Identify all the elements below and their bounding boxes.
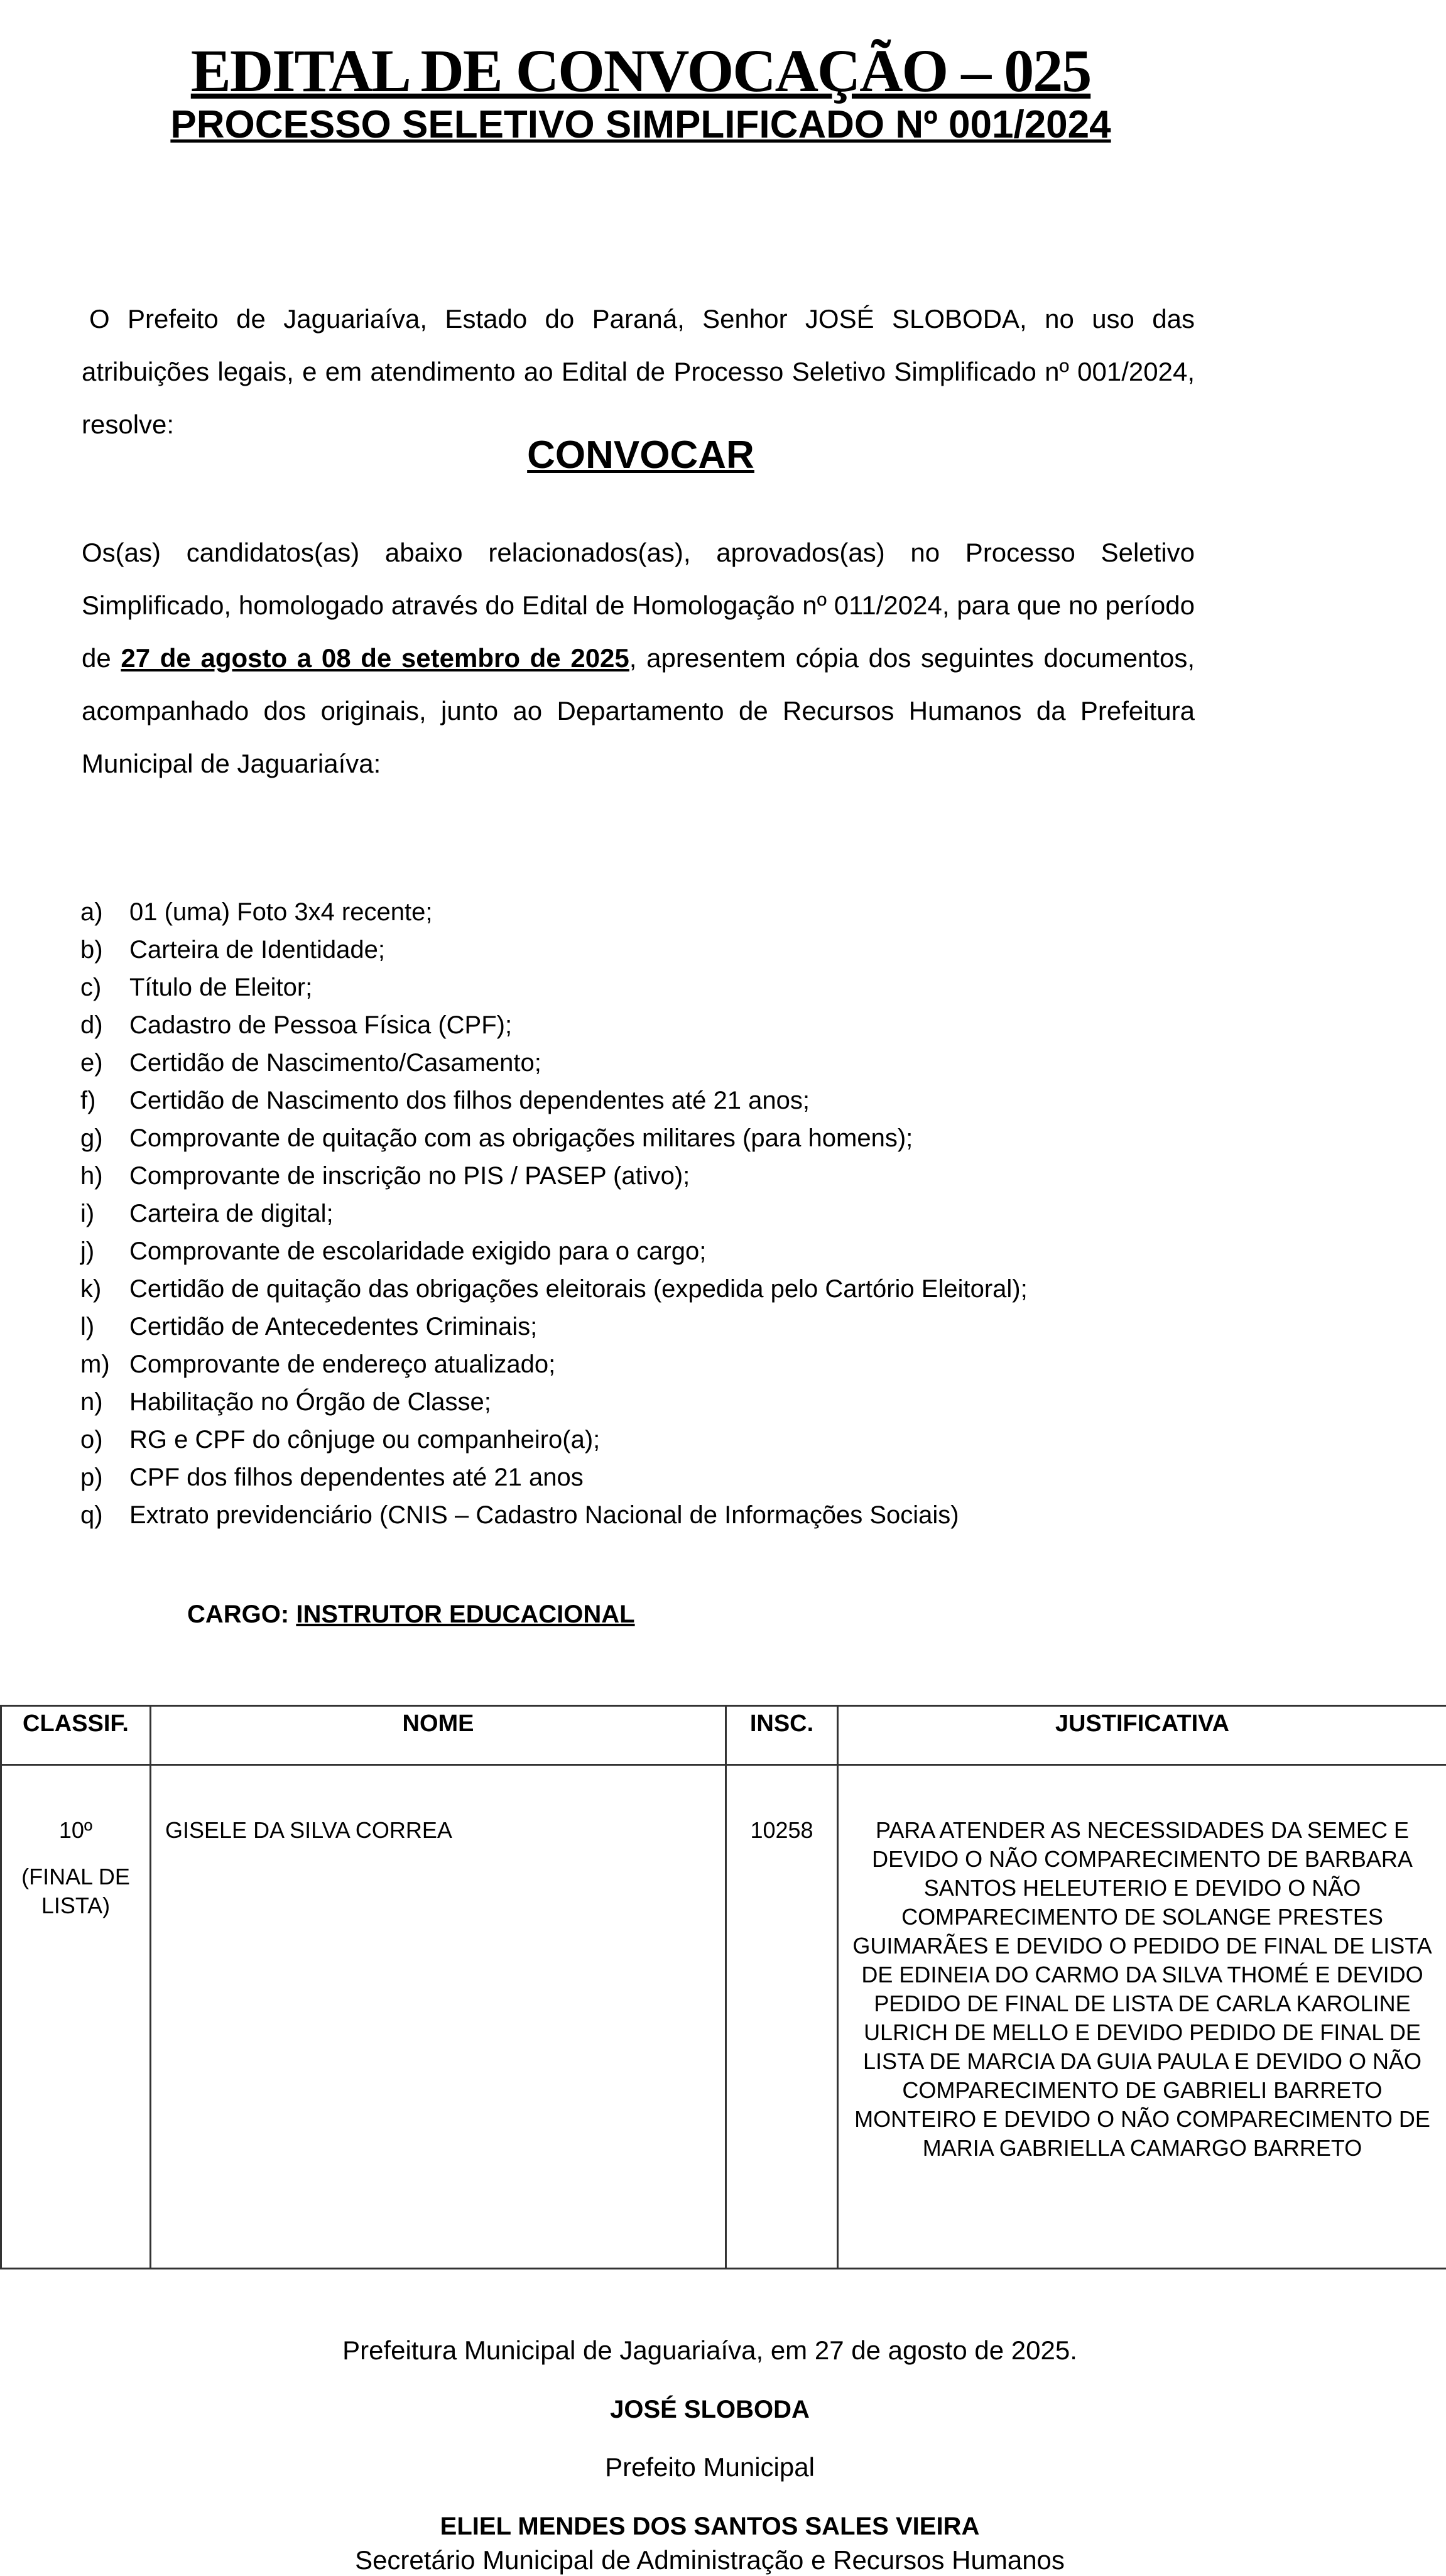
document-item: a)01 (uma) Foto 3x4 recente; xyxy=(80,893,1028,931)
period-highlight: 27 de agosto a 08 de setembro de 2025 xyxy=(121,643,629,673)
position-line: CARGO: INSTRUTOR EDUCACIONAL xyxy=(187,1595,635,1633)
document-item: c)Título de Eleitor; xyxy=(80,969,1028,1006)
classif-rank: 10º xyxy=(59,1817,92,1843)
document-item: k)Certidão de quitação das obrigações el… xyxy=(80,1270,1028,1308)
document-item-letter: l) xyxy=(80,1308,129,1345)
document-item: o)RG e CPF do cônjuge ou companheiro(a); xyxy=(80,1421,1028,1459)
header-nome: NOME xyxy=(151,1706,726,1765)
mayor-role: Prefeito Municipal xyxy=(82,2448,1338,2486)
document-item-text: CPF dos filhos dependentes até 21 anos xyxy=(129,1459,584,1496)
header-justificativa: JUSTIFICATIVA xyxy=(838,1706,1446,1765)
document-item-text: Extrato previdenciário (CNIS – Cadastro … xyxy=(129,1496,959,1534)
document-item: b)Carteira de Identidade; xyxy=(80,931,1028,969)
action-heading: CONVOCAR xyxy=(0,427,1281,484)
document-item-letter: o) xyxy=(80,1421,129,1459)
document-item-letter: n) xyxy=(80,1383,129,1421)
document-item: p)CPF dos filhos dependentes até 21 anos xyxy=(80,1459,1028,1496)
cell-classif: 10º(FINAL DE LISTA) xyxy=(1,1765,151,2269)
document-item-letter: a) xyxy=(80,893,129,931)
document-item: n)Habilitação no Órgão de Classe; xyxy=(80,1383,1028,1421)
document-item: j)Comprovante de escolaridade exigido pa… xyxy=(80,1232,1028,1270)
document-item: m)Comprovante de endereço atualizado; xyxy=(80,1345,1028,1383)
document-title: EDITAL DE CONVOCAÇÃO – 025 xyxy=(0,36,1281,106)
document-item: e)Certidão de Nascimento/Casamento; xyxy=(80,1044,1028,1082)
document-item: h)Comprovante de inscrição no PIS / PASE… xyxy=(80,1157,1028,1195)
convocation-paragraph: Os(as) candidatos(as) abaixo relacionado… xyxy=(82,526,1195,790)
cell-justificativa: PARA ATENDER AS NECESSIDADES DA SEMEC E … xyxy=(838,1765,1446,2269)
mayor-name: JOSÉ SLOBODA xyxy=(82,2391,1338,2428)
document-item-text: Certidão de Nascimento/Casamento; xyxy=(129,1044,541,1082)
document-item-text: Carteira de digital; xyxy=(129,1195,334,1232)
required-documents-list: a)01 (uma) Foto 3x4 recente;b)Carteira d… xyxy=(80,893,1028,1534)
document-item-text: Certidão de Nascimento dos filhos depend… xyxy=(129,1082,810,1119)
document-item-letter: k) xyxy=(80,1270,129,1308)
document-item-text: Título de Eleitor; xyxy=(129,969,312,1006)
document-item: l)Certidão de Antecedentes Criminais; xyxy=(80,1308,1028,1345)
classif-note: (FINAL DE LISTA) xyxy=(3,1862,149,1920)
document-subtitle: PROCESSO SELETIVO SIMPLIFICADO Nº 001/20… xyxy=(0,100,1281,150)
document-item: f)Certidão de Nascimento dos filhos depe… xyxy=(80,1082,1028,1119)
cell-insc: 10258 xyxy=(726,1765,838,2269)
document-item: d)Cadastro de Pessoa Física (CPF); xyxy=(80,1006,1028,1044)
header-insc: INSC. xyxy=(726,1706,838,1765)
document-item-letter: j) xyxy=(80,1232,129,1270)
table-row: 10º(FINAL DE LISTA)GISELE DA SILVA CORRE… xyxy=(1,1765,1446,2269)
secretary-role: Secretário Municipal de Administração e … xyxy=(82,2541,1338,2576)
document-item-letter: m) xyxy=(80,1345,129,1383)
document-item-text: Comprovante de endereço atualizado; xyxy=(129,1345,555,1383)
document-item-text: Habilitação no Órgão de Classe; xyxy=(129,1383,491,1421)
document-item: i)Carteira de digital; xyxy=(80,1195,1028,1232)
document-item: q)Extrato previdenciário (CNIS – Cadastr… xyxy=(80,1496,1028,1534)
header-classif: CLASSIF. xyxy=(1,1706,151,1765)
document-item-text: Comprovante de escolaridade exigido para… xyxy=(129,1232,706,1270)
document-item-letter: b) xyxy=(80,931,129,969)
document-item-letter: f) xyxy=(80,1082,129,1119)
document-item-text: Certidão de quitação das obrigações elei… xyxy=(129,1270,1028,1308)
document-item-letter: e) xyxy=(80,1044,129,1082)
document-item-letter: g) xyxy=(80,1119,129,1157)
document-item-letter: q) xyxy=(80,1496,129,1534)
document-item-text: RG e CPF do cônjuge ou companheiro(a); xyxy=(129,1421,600,1459)
cell-nome: GISELE DA SILVA CORREA xyxy=(151,1765,726,2269)
candidates-table: CLASSIF. NOME INSC. JUSTIFICATIVA 10º(FI… xyxy=(0,1705,1446,2269)
document-item-text: Cadastro de Pessoa Física (CPF); xyxy=(129,1006,512,1044)
document-item-text: 01 (uma) Foto 3x4 recente; xyxy=(129,893,432,931)
document-item-text: Comprovante de inscrição no PIS / PASEP … xyxy=(129,1157,690,1195)
document-item-text: Comprovante de quitação com as obrigaçõe… xyxy=(129,1119,913,1157)
document-item: g)Comprovante de quitação com as obrigaç… xyxy=(80,1119,1028,1157)
document-item-text: Carteira de Identidade; xyxy=(129,931,385,969)
document-item-letter: i) xyxy=(80,1195,129,1232)
secretary-name: ELIEL MENDES DOS SANTOS SALES VIEIRA xyxy=(82,2508,1338,2545)
table-header-row: CLASSIF. NOME INSC. JUSTIFICATIVA xyxy=(1,1706,1446,1765)
document-item-letter: h) xyxy=(80,1157,129,1195)
document-item-letter: p) xyxy=(80,1459,129,1496)
document-item-letter: d) xyxy=(80,1006,129,1044)
place-and-date: Prefeitura Municipal de Jaguariaíva, em … xyxy=(82,2332,1338,2369)
document-item-letter: c) xyxy=(80,969,129,1006)
position-value: INSTRUTOR EDUCACIONAL xyxy=(296,1600,634,1628)
position-label: CARGO: xyxy=(187,1600,289,1628)
document-item-text: Certidão de Antecedentes Criminais; xyxy=(129,1308,537,1345)
